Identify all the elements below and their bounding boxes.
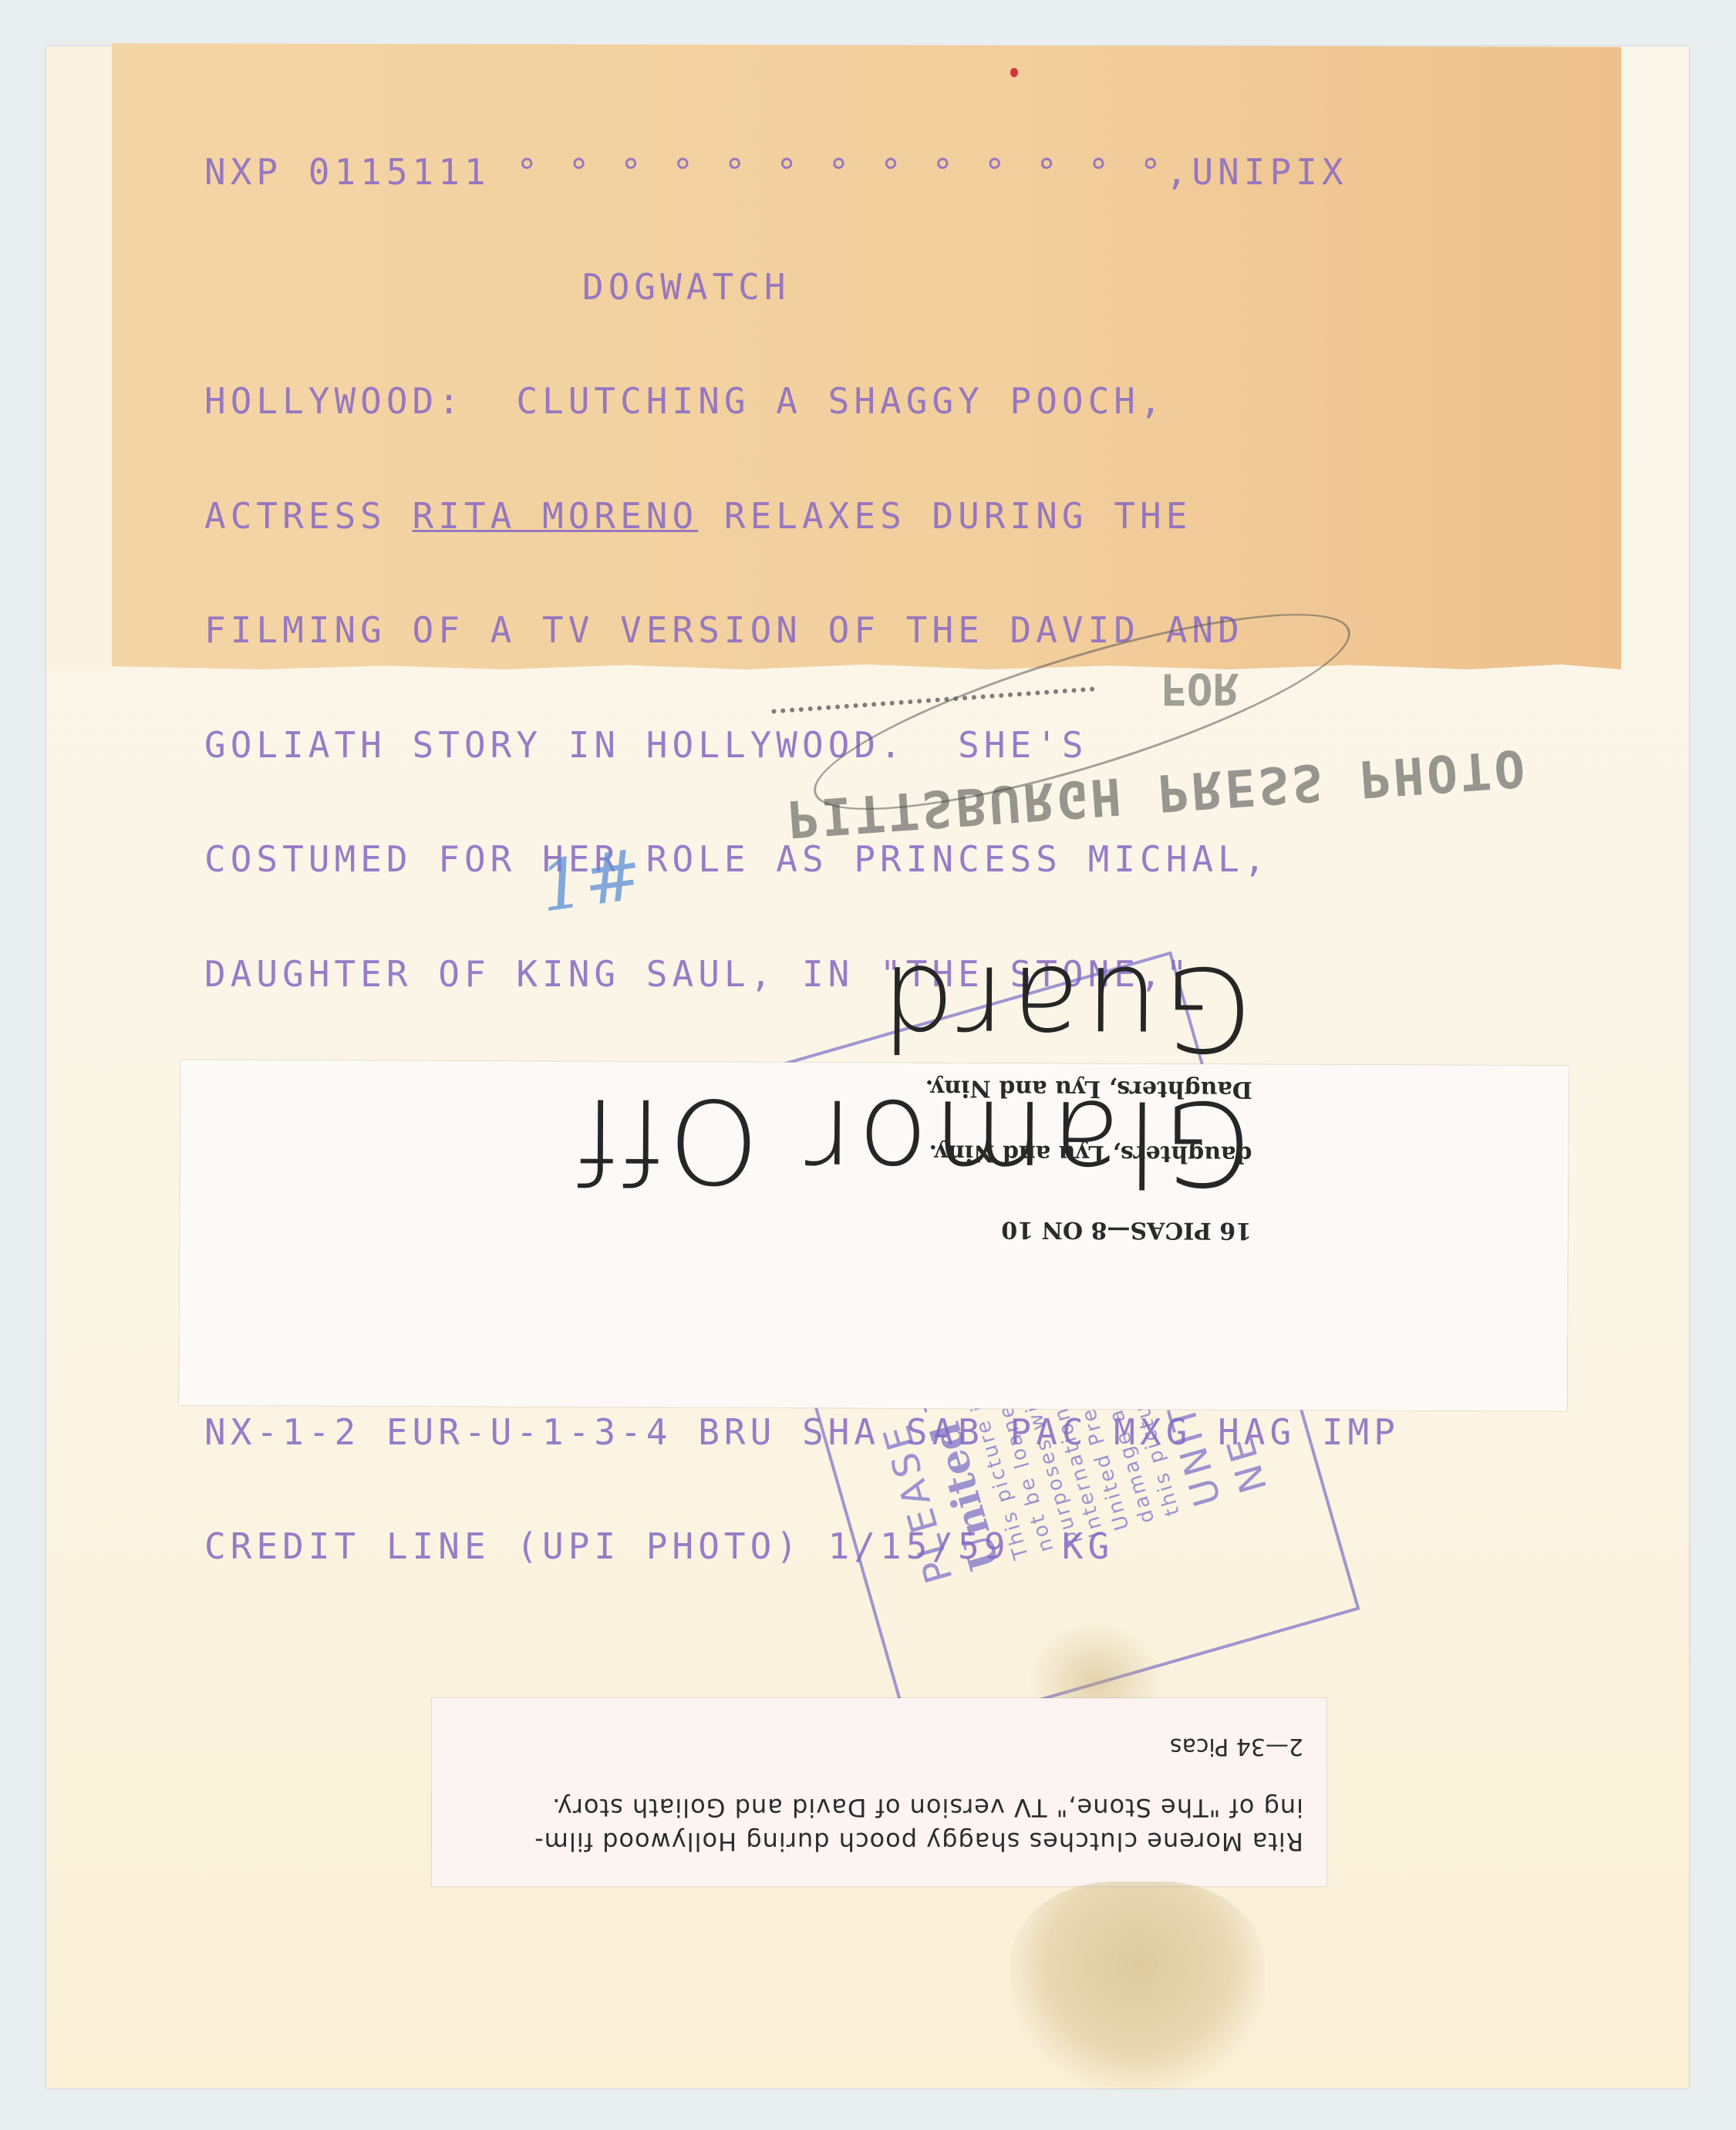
slip-dots: ° ° ° ° ° ° ° ° ° ° ° ° ° [516, 151, 1165, 193]
slip-line: ACTRESS RITA MORENO RELAXES DURING THE [204, 497, 1446, 536]
caption-text: Rita Morene clutches shaggy pooch during… [534, 1791, 1303, 1859]
underlined-name: RITA MORENO [413, 495, 699, 537]
headline-clipping-content: Glamor Off Guard 16 PICAS—8 ON 10 daught… [179, 1060, 1569, 1411]
slip-line: HOLLYWOOD: CLUTCHING A SHAGGY POOCH, [204, 383, 1446, 421]
slip-header: NXP 0115111 ° ° ° ° ° ° ° ° ° ° ° ° °,UN… [204, 153, 1446, 192]
clipping-line: Daughters, Lyu and Niny. [925, 1055, 1252, 1121]
slip-line: COSTUMED FOR HER ROLE AS PRINCESS MICHAL… [204, 841, 1446, 879]
clipping-line: daughters, Lyu and Niny. [925, 1120, 1252, 1186]
clipping-lines: daughters, Lyu and Niny. Daughters, Lyu … [925, 1055, 1252, 1186]
slip-title: DOGWATCH [204, 268, 1446, 307]
caption-spec: 2—34 Picas [1170, 1733, 1303, 1760]
paper-edge-strip [46, 46, 112, 671]
handwritten-number: 1# [534, 834, 647, 928]
red-ink-dot [1010, 68, 1018, 77]
caption-clipping-content: Rita Morene clutches shaggy pooch during… [432, 1698, 1326, 1886]
for-stamp: FOR [1161, 663, 1239, 713]
caption-clipping: Rita Morene clutches shaggy pooch during… [432, 1698, 1326, 1886]
slip-id: NXP 0115111 [204, 151, 490, 193]
slip-agency: ,UNIPIX [1166, 151, 1348, 193]
spec-text: 16 PICAS—8 ON 10 [1001, 1216, 1252, 1244]
headline-clipping: Glamor Off Guard 16 PICAS—8 ON 10 daught… [179, 1060, 1569, 1411]
water-stain [1010, 1882, 1265, 2090]
